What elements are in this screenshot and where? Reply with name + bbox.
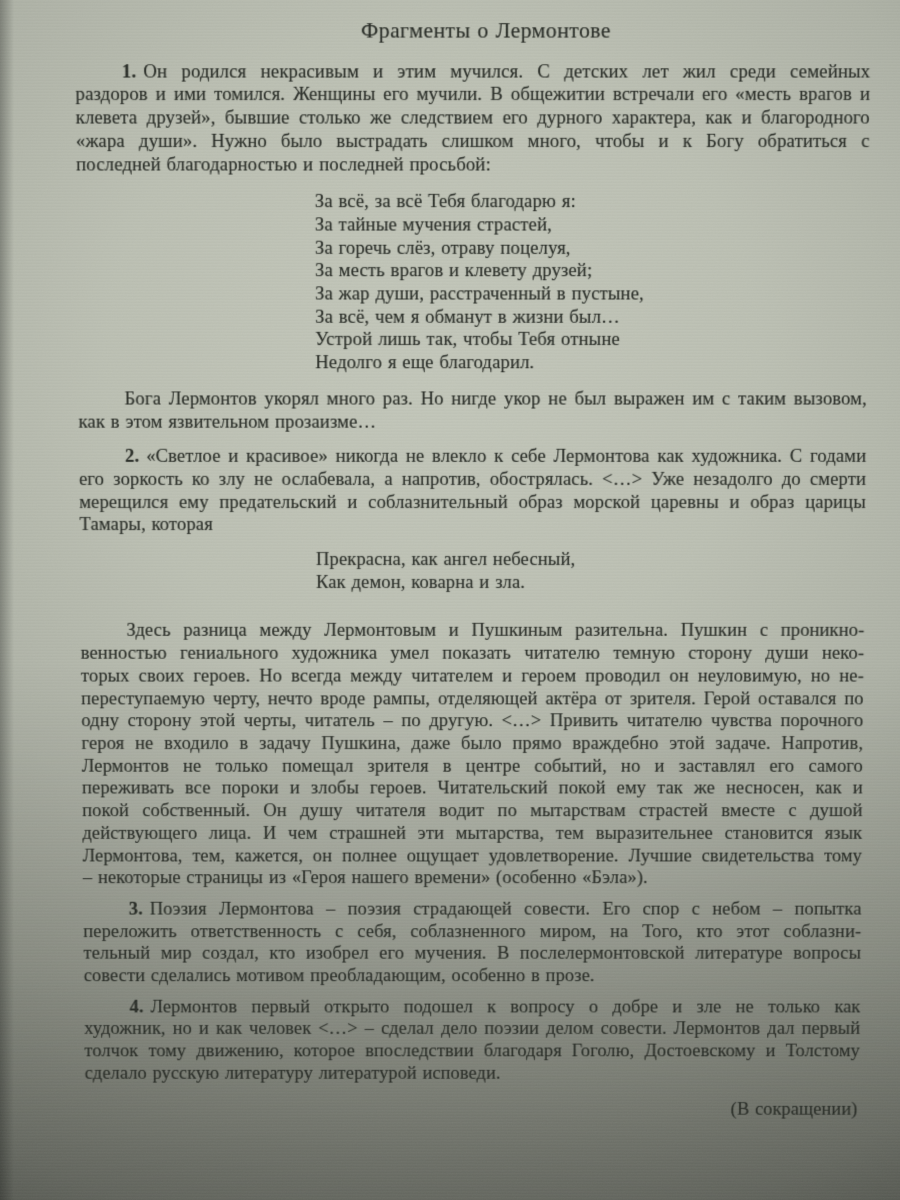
text-line: Лермонтова, тем, кажется, он полнее ощущ… — [83, 845, 863, 867]
document-body: 1.Он родился некрасивым и этим мучился. … — [75, 61, 870, 1085]
cropped-text-remnant — [66, 0, 837, 3]
text-line: Бога Лермонтов укорял много раз. Но нигд… — [78, 388, 867, 411]
closing-note: (В сокращении) — [85, 1099, 858, 1121]
text-line: художник, но и как человек <…> – сделал … — [84, 1019, 860, 1041]
text-line: мерещился ему предательский и соблазните… — [79, 492, 866, 515]
text-line: За месть врагов и клевету друзей; — [315, 260, 868, 283]
paragraph-number: 2. — [125, 446, 139, 467]
text-line: венностью гениального художника умел пок… — [81, 643, 865, 666]
paragraph: Бога Лермонтов укорял много раз. Но нигд… — [78, 388, 867, 434]
poem-stanza: За всё, за всё Тебя благодарю я:За тайны… — [315, 191, 869, 375]
text-line: За всё, за всё Тебя благодарю я: — [315, 191, 869, 214]
paragraph: Здесь разница между Лермонтовым и Пушкин… — [80, 620, 864, 890]
text-line: Устрой лишь так, чтобы Тебя отныне — [315, 329, 867, 352]
text-line: Прекрасна, как ангел небесный, — [316, 549, 865, 572]
text-line: одну сторону этой черты, читатель – по д… — [81, 711, 863, 734]
text-line-content: Он родился некрасивым и этим мучился. С … — [143, 61, 870, 83]
text-line: переступаемую черту, нечто вроде рампы, … — [81, 688, 864, 711]
text-line: клевета друзей», бывшие столько же следс… — [76, 107, 870, 130]
text-line-content: «Светлое и красивое» никогда не влекло к… — [146, 446, 866, 467]
text-line: совести сделались мотивом преобладающим,… — [84, 966, 861, 988]
photographed-document: { "page": { "title": "Фрагменты о Лермон… — [0, 0, 900, 1200]
text-line: переживать все пороки и злобы героев. Чи… — [82, 778, 863, 800]
text-line: 3.Поэзия Лермонтова – поэзия страдающей … — [83, 899, 862, 921]
document-title: Фрагменты о Лермонтове — [75, 19, 871, 42]
text-line: раздоров и ими томился. Женщины его мучи… — [75, 84, 870, 107]
text-line: 2.«Светлое и красивое» никогда не влекло… — [79, 446, 867, 469]
text-line: 1.Он родился некрасивым и этим мучился. … — [75, 61, 870, 84]
text-line: тельный мир создал, кто изобрел его муче… — [83, 943, 861, 965]
text-line: За жар души, расстраченный в пустыне, — [315, 283, 868, 306]
paragraph: 2.«Светлое и красивое» никогда не влекло… — [79, 446, 867, 537]
text-line: «жара души». Нужно было выстрадать слишк… — [76, 131, 870, 154]
paragraph: 4.Лермонтов первый открыто подошел к воп… — [84, 997, 861, 1086]
text-line: последней благодарностью и последней про… — [76, 154, 869, 177]
text-line: Лермонтов не только помещал зрителя в це… — [82, 756, 863, 778]
paragraph: 3.Поэзия Лермонтова – поэзия страдающей … — [83, 899, 862, 988]
text-line: За всё, чем я обманут в жизни был… — [315, 306, 868, 329]
text-line: сделало русскую литературу литературой и… — [85, 1063, 860, 1085]
document-page: Фрагменты о Лермонтове 1.Он родился некр… — [0, 0, 900, 1189]
text-line: Здесь разница между Лермонтовым и Пушкин… — [80, 620, 864, 643]
text-line: толчок тому движению, которое впоследств… — [84, 1041, 860, 1063]
poem-stanza: Прекрасна, как ангел небесный,Как демон,… — [316, 549, 865, 594]
text-line: торых своих героев. Но всегда между чита… — [81, 666, 864, 689]
paragraph: 1.Он родился некрасивым и этим мучился. … — [75, 61, 870, 177]
paragraph-number: 4. — [129, 997, 143, 1018]
text-line: 4.Лермонтов первый открыто подошел к воп… — [84, 997, 861, 1019]
paragraph-number: 3. — [129, 899, 143, 920]
text-line: Как демон, коварна и зла. — [316, 572, 865, 595]
text-line-content: Поэзия Лермонтова – поэзия страдающей со… — [150, 899, 862, 920]
text-line: покой собственный. Он душу читателя води… — [82, 800, 863, 822]
text-line: Тамары, которая — [79, 514, 865, 537]
text-line: как в этом язвительном прозаизме… — [78, 411, 866, 434]
text-line: его зоркость ко злу не ослабевала, а нап… — [79, 469, 866, 492]
text-line: За горечь слёз, отраву поцелуя, — [315, 237, 869, 260]
text-line: переложить ответственность с себя, собла… — [83, 921, 861, 943]
text-line: героя не входило в задачу Пушкина, даже … — [81, 733, 863, 755]
text-line-content: Лермонтов первый открыто подошел к вопро… — [150, 997, 860, 1018]
text-line: Недолго я еще благодарил. — [315, 352, 867, 375]
text-line: За тайные мучения страстей, — [315, 214, 869, 237]
paragraph-number: 1. — [122, 61, 137, 83]
text-line: – некоторые страницы из «Героя нашего вр… — [83, 868, 862, 890]
text-line: действующего лица. И чем страшней эти мы… — [82, 823, 862, 845]
